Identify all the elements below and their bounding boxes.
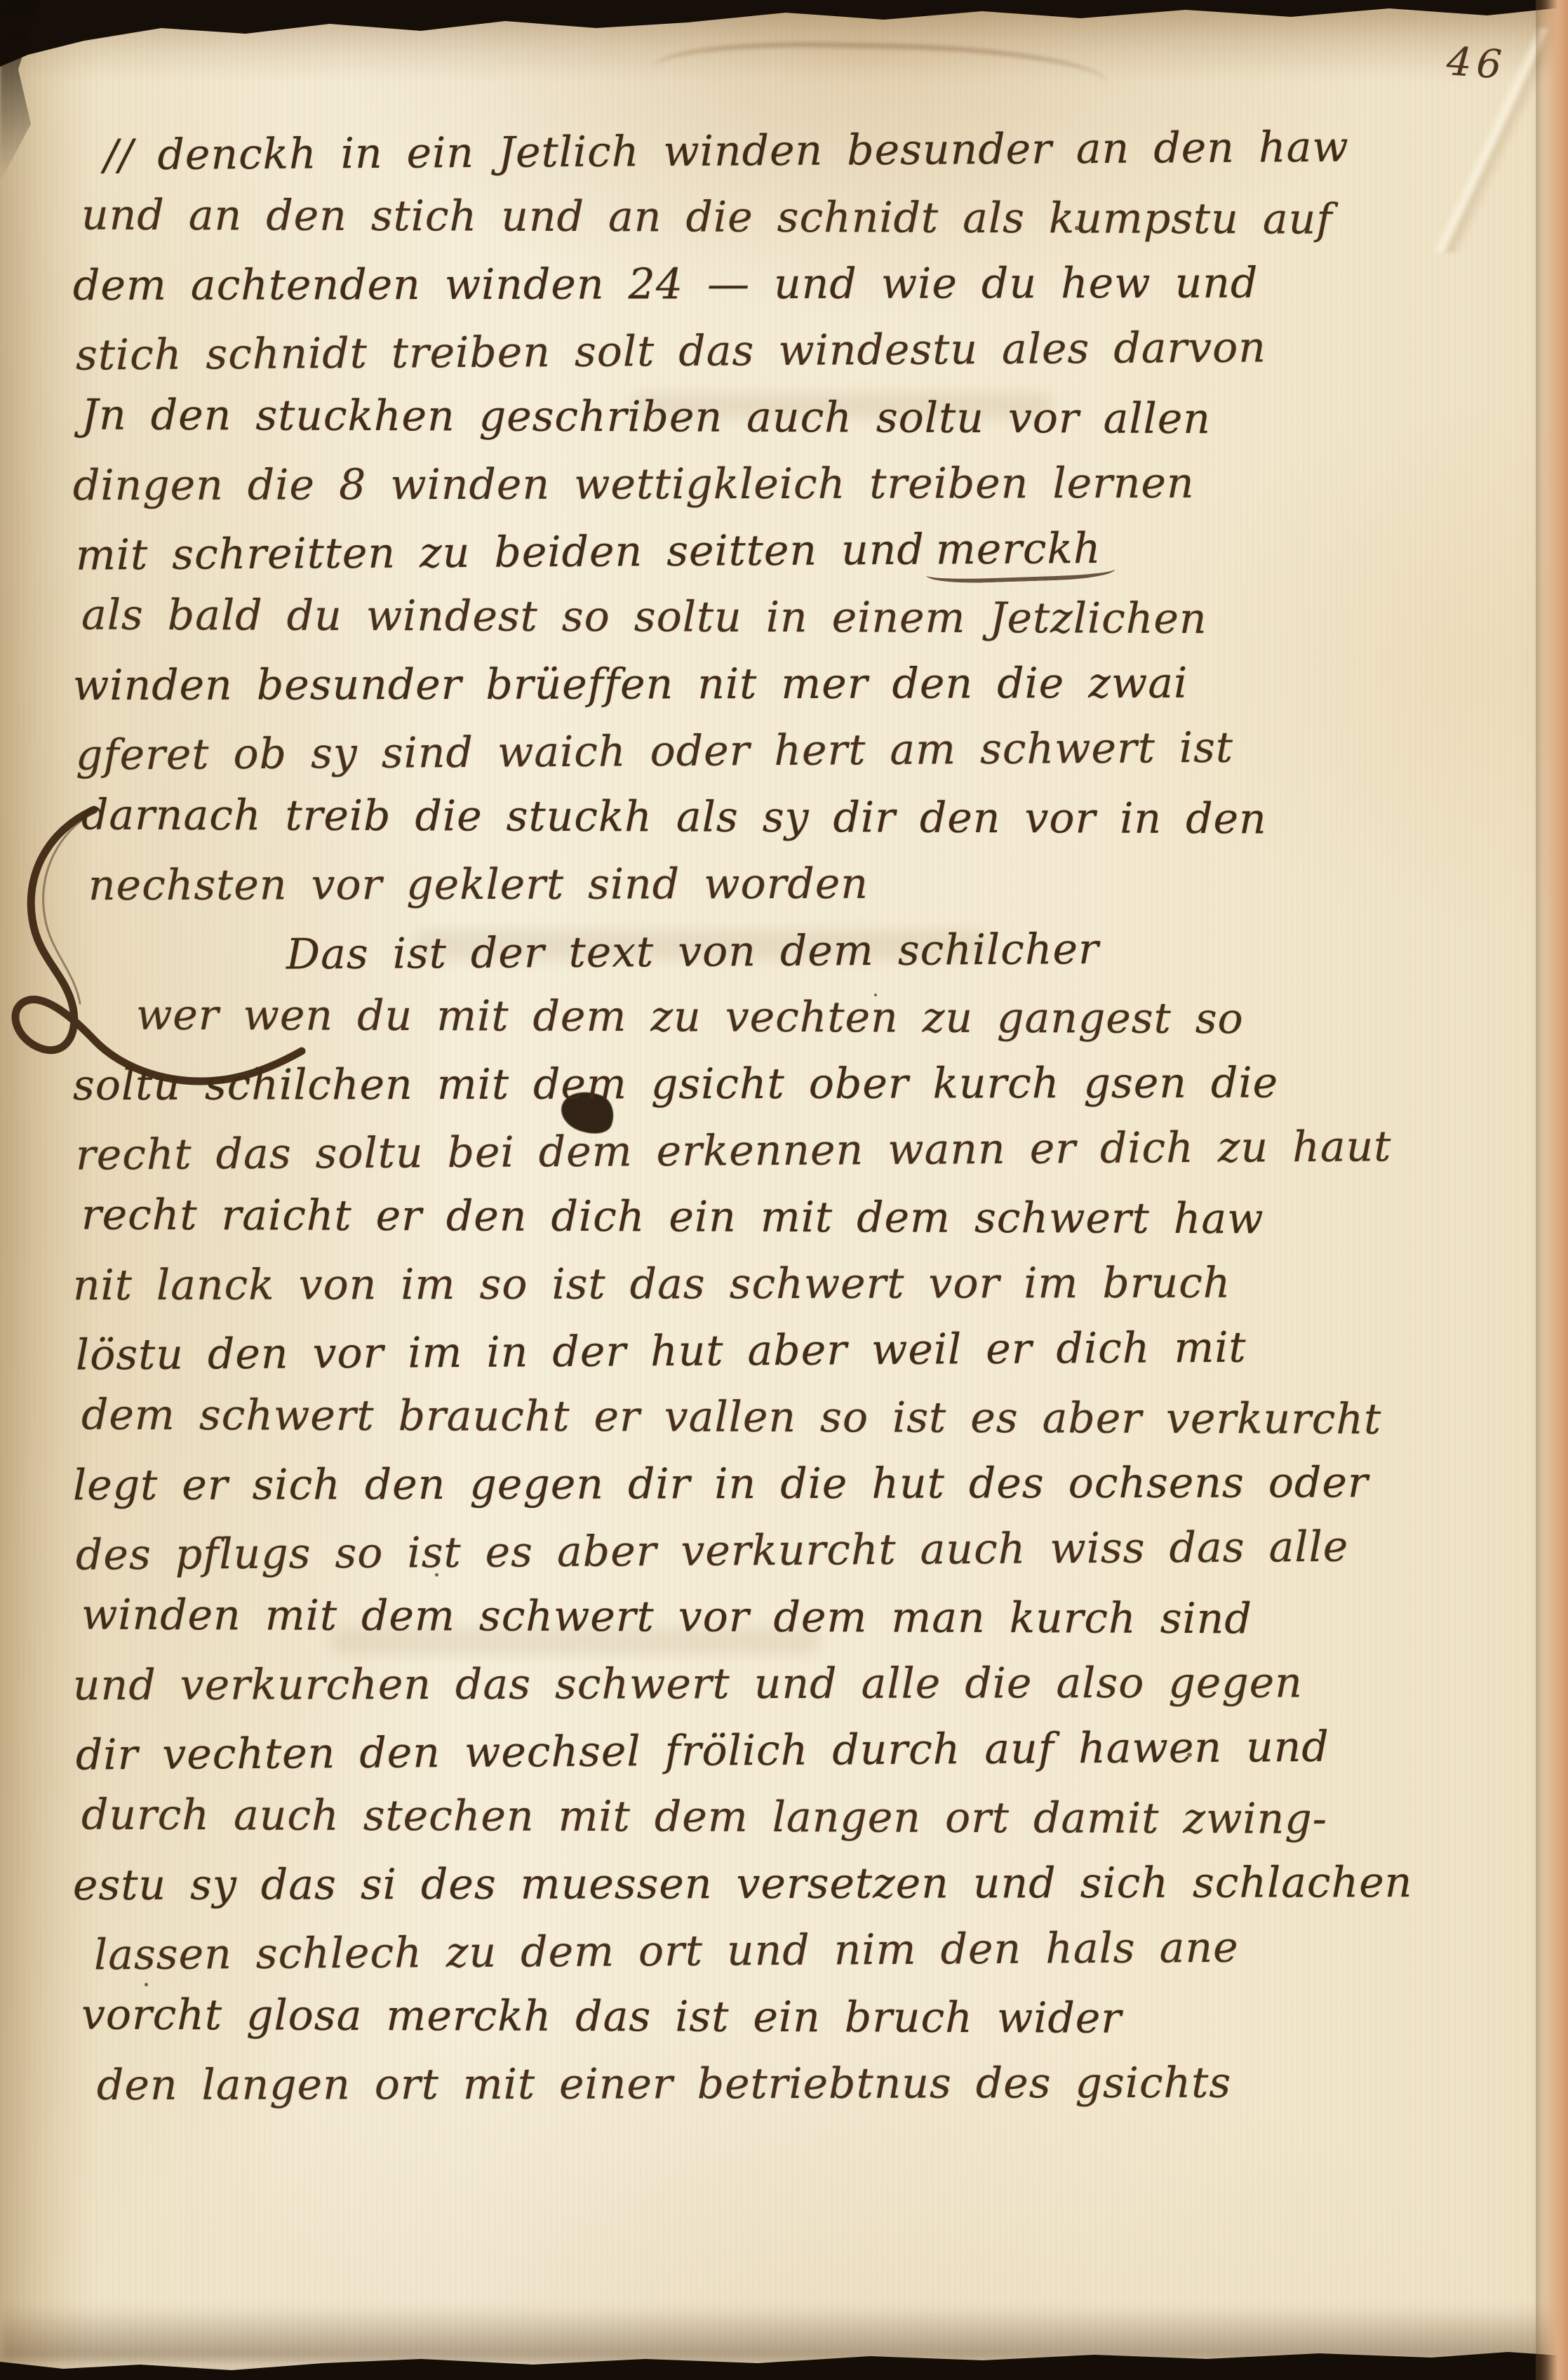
manuscript-line: dem schwert braucht er vallen so ist es … — [81, 1382, 1477, 1454]
manuscript-line: durch auch stechen mit dem langen ort da… — [81, 1782, 1477, 1854]
manuscript-line: // denckh in ein Jetlich winden besunder… — [104, 114, 1473, 189]
manuscript-line: nit lanck von im so ist das schwert vor … — [73, 1250, 1469, 1319]
manuscript-line: mit schreitten zu beiden seitten undmerc… — [76, 513, 1473, 589]
manuscript-line: soltu schilchen mit dem gsicht ober kurc… — [73, 1050, 1469, 1119]
section-heading: Das ist der text von dem schilcher — [286, 914, 1473, 988]
manuscript-line: nechsten vor geklert sind worden — [88, 850, 1469, 919]
manuscript-line: löstu den vor im in der hut aber weil er… — [76, 1313, 1473, 1389]
manuscript-line: dem achtenden winden 24 — und wie du hew… — [73, 250, 1469, 319]
manuscript-line: dingen die 8 winden wettigkleich treiben… — [73, 450, 1469, 519]
manuscript-line: winden mit dem schwert vor dem man kurch… — [81, 1582, 1477, 1654]
manuscript-line: stich schnidt treiben solt das windestu … — [76, 313, 1473, 389]
manuscript-line: legt er sich den gegen dir in die hut de… — [73, 1450, 1469, 1519]
underlined-word: merckh — [936, 516, 1101, 584]
manuscript-line: darnach treib die stuckh als sy dir den … — [81, 782, 1477, 854]
manuscript-text-block: // denckh in ein Jetlich winden besunder… — [76, 118, 1472, 2118]
book-fore-edge — [1536, 0, 1568, 2380]
manuscript-line: estu sy das si des muessen versetzen und… — [73, 1850, 1469, 1919]
manuscript-line: des pflugs so ist es aber verkurcht auch… — [76, 1513, 1473, 1589]
manuscript-page: 46 // denckh in ein Jetlich winden besun… — [0, 0, 1568, 2380]
manuscript-line: als bald du windest so soltu in einem Je… — [81, 582, 1477, 654]
folio-number: 46 — [1445, 39, 1508, 88]
manuscript-line: gferet ob sy sind waich oder hert am sch… — [76, 713, 1473, 789]
paper-edge-shadow — [0, 2304, 1568, 2360]
manuscript-line: Jn den stuckhen geschriben auch soltu vo… — [81, 382, 1477, 454]
manuscript-line: und an den stich und an die schnidt als … — [81, 182, 1477, 254]
manuscript-line: dir vechten den wechsel frölich durch au… — [76, 1713, 1473, 1789]
manuscript-line: vorcht glosa merckh das ist ein bruch wi… — [81, 1982, 1477, 2054]
manuscript-line: wer wen du mit dem zu vechten zu gangest… — [136, 982, 1477, 1054]
manuscript-line: lassen schlech zu dem ort und nim den ha… — [94, 1913, 1473, 1988]
manuscript-line: und verkurchen das schwert und alle die … — [73, 1650, 1469, 1719]
manuscript-line-text: mit schreitten zu beiden seitten und — [76, 526, 925, 580]
manuscript-line: recht das soltu bei dem erkennen wann er… — [76, 1113, 1473, 1189]
manuscript-line: den langen ort mit einer betriebtnus des… — [97, 2050, 1469, 2119]
manuscript-line: recht raicht er den dich ein mit dem sch… — [81, 1182, 1477, 1254]
manuscript-line: winden besunder brüeffen nit mer den die… — [73, 650, 1469, 719]
